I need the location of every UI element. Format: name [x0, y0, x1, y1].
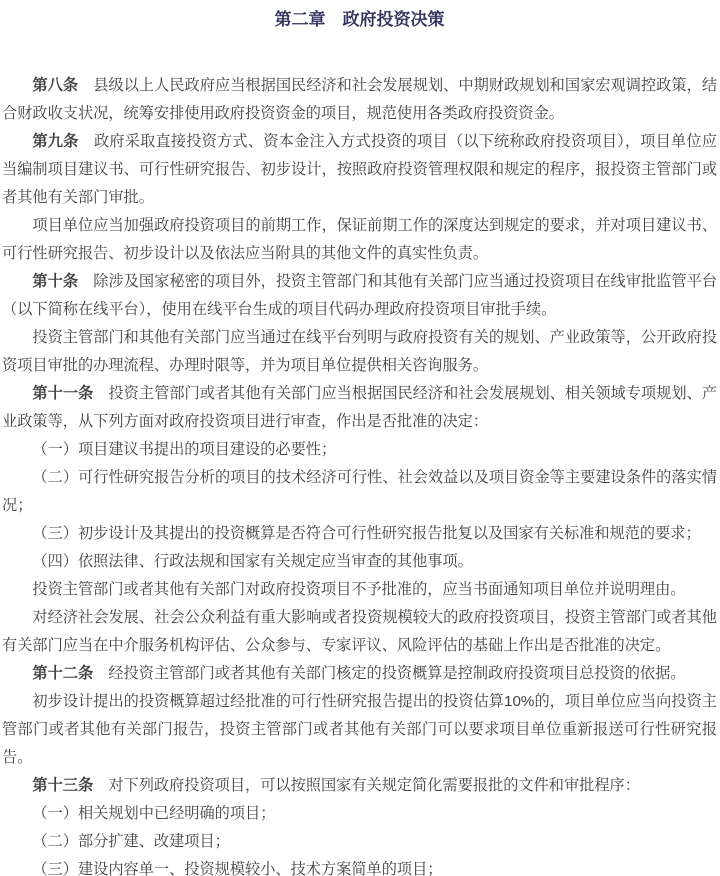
paragraph-2: 项目单位应当加强政府投资项目的前期工作，保证前期工作的深度达到规定的要求，并对项…	[2, 212, 717, 268]
paragraph-4: 投资主管部门和其他有关部门应当通过在线平台列明与政府投资有关的规划、产业政策等，…	[2, 324, 717, 380]
paragraph-6: （一）项目建议书提出的项目建设的必要性；	[2, 436, 717, 464]
paragraph-9: （四）依照法律、行政法规和国家有关规定应当审查的其他事项。	[2, 548, 717, 576]
paragraph-13: 初步设计提出的投资概算超过经批准的可行性研究报告提出的投资估算10%的，项目单位…	[2, 688, 717, 772]
paragraph-15: （一）相关规划中已经明确的项目；	[2, 800, 717, 828]
document-page: 第二章 政府投资决策 第八条 县级以上人民政府应当根据国民经济和社会发展规划、中…	[0, 0, 720, 876]
paragraph-10: 投资主管部门或者其他有关部门对政府投资项目不予批准的，应当书面通知项目单位并说明…	[2, 576, 717, 604]
article-number: 第九条	[32, 133, 78, 150]
article-number: 第十一条	[32, 385, 93, 402]
paragraph-11: 对经济社会发展、社会公众利益有重大影响或者投资规模较大的政府投资项目，投资主管部…	[2, 604, 717, 660]
article-number: 第八条	[32, 77, 78, 94]
paragraph-list: 第八条 县级以上人民政府应当根据国民经济和社会发展规划、中期财政规划和国家宏观调…	[2, 72, 717, 876]
chapter-title: 第二章 政府投资决策	[2, 6, 717, 34]
paragraph-17: （三）建设内容单一、投资规模较小、技术方案简单的项目；	[2, 856, 717, 876]
paragraph-16: （二）部分扩建、改建项目；	[2, 828, 717, 856]
article-number: 第十二条	[32, 665, 93, 682]
article-paragraph-第十条: 第十条 除涉及国家秘密的项目外，投资主管部门和其他有关部门应当通过投资项目在线审…	[2, 268, 717, 324]
article-paragraph-第八条: 第八条 县级以上人民政府应当根据国民经济和社会发展规划、中期财政规划和国家宏观调…	[2, 72, 717, 128]
article-paragraph-第十三条: 第十三条 对下列政府投资项目，可以按照国家有关规定简化需要报批的文件和审批程序：	[2, 772, 717, 800]
paragraph-8: （三）初步设计及其提出的投资概算是否符合可行性研究报告批复以及国家有关标准和规范…	[2, 520, 717, 548]
article-number: 第十三条	[32, 777, 93, 794]
article-paragraph-第九条: 第九条 政府采取直接投资方式、资本金注入方式投资的项目（以下统称政府投资项目），…	[2, 128, 717, 212]
article-paragraph-第十二条: 第十二条 经投资主管部门或者其他有关部门核定的投资概算是控制政府投资项目总投资的…	[2, 660, 717, 688]
article-number: 第十条	[32, 273, 78, 290]
article-paragraph-第十一条: 第十一条 投资主管部门或者其他有关部门应当根据国民经济和社会发展规划、相关领域专…	[2, 380, 717, 436]
paragraph-7: （二）可行性研究报告分析的项目的技术经济可行性、社会效益以及项目资金等主要建设条…	[2, 464, 717, 520]
